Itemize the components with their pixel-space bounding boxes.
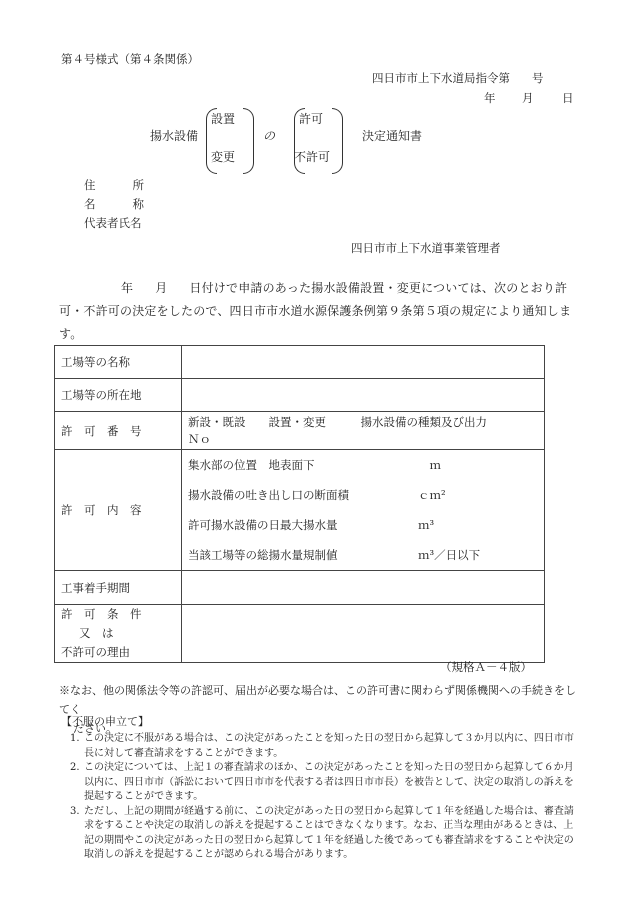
content-key: 許可揚水設備の日最大揚水量	[188, 517, 418, 533]
objection-item: 1.この決定に不服がある場合は、この決定があったことを知った日の翌日から起算して…	[70, 732, 580, 761]
address-label: 住所	[84, 177, 144, 193]
content-unit: ｃｍ²	[418, 487, 446, 503]
date-year: 年	[484, 90, 522, 106]
content-intake-depth: 集水部の位置 地表面下 ｍ	[188, 450, 538, 480]
body-text: 年月日付けで申請のあった揚水設備設置・変更については、次のとおり許可・不許可の決…	[59, 277, 577, 346]
item-text: ただし、上記の期間が経過する前に、この決定があった日の翌日から起算して１年を経過…	[84, 805, 580, 863]
table-row: 工場等の名称	[55, 346, 545, 379]
content-daily-max: 許可揚水設備の日最大揚水量ｍ³	[188, 510, 538, 540]
content-total-limit: 当該工場等の総揚水量規制値ｍ³／日以下	[188, 540, 538, 570]
title-suffix: 決定通知書	[362, 127, 422, 144]
name-label: 名称	[84, 196, 144, 212]
row-label-permit-content: 許 可 内 容	[55, 450, 182, 571]
content-unit: ｍ³／日以下	[418, 547, 480, 563]
conditions-label-2: 又 は	[61, 624, 175, 643]
permit-number-line-2: Ｎｏ	[188, 431, 538, 448]
permit-number-line-1: 新設・既設 設置・変更 揚水設備の種類及び出力	[188, 414, 538, 431]
content-key: 揚水設備の吐き出し口の断面積	[188, 487, 418, 503]
address-label-2: 所	[133, 177, 145, 193]
note: ※なお、他の関係法令等の許認可、届出が必要な場合は、この許可書に関わらず関係機関…	[59, 681, 579, 738]
table-row: 許 可 条 件 又 は 不許可の理由	[55, 605, 545, 663]
row-value-construction-period	[182, 571, 545, 605]
name-label-1: 名	[84, 196, 96, 212]
objection-item: 3.ただし、上記の期間が経過する前に、この決定があった日の翌日から起算して１年を…	[70, 805, 580, 863]
name-label-2: 称	[133, 196, 145, 212]
address-label-1: 住	[84, 177, 96, 193]
row-value-conditions	[182, 605, 545, 663]
note-line-1: ※なお、他の関係法令等の許認可、届出が必要な場合は、この許可書に関わらず関係機関…	[59, 684, 576, 716]
row-value-permit-content: 集水部の位置 地表面下 ｍ 揚水設備の吐き出し口の断面積ｃｍ² 許可揚水設備の日…	[182, 450, 545, 571]
table-row: 許 可 番 号 新設・既設 設置・変更 揚水設備の種類及び出力 Ｎｏ	[55, 412, 545, 450]
content-outlet-area: 揚水設備の吐き出し口の断面積ｃｍ²	[188, 480, 538, 510]
title-option-change: 変更	[211, 148, 235, 165]
item-text: この決定については、上記１の審査請求のほか、この決定があったことを知った日の翌日…	[84, 761, 580, 805]
date-month: 月	[522, 90, 562, 106]
title-option-deny: 不許可	[294, 148, 330, 165]
row-value-factory-name	[182, 346, 545, 379]
row-label-construction-period: 工事着手期間	[55, 571, 182, 605]
content-unit: ｍ³	[418, 517, 434, 533]
date-day: 日	[562, 90, 574, 106]
item-number: 3.	[70, 805, 84, 863]
table-row: 許 可 内 容 集水部の位置 地表面下 ｍ 揚水設備の吐き出し口の断面積ｃｍ² …	[55, 450, 545, 571]
row-label-permit-number: 許 可 番 号	[55, 412, 182, 450]
bracket-right-1	[243, 108, 254, 174]
permit-table: 工場等の名称 工場等の所在地 許 可 番 号 新設・既設 設置・変更 揚水設備の…	[54, 345, 545, 663]
item-number: 1.	[70, 732, 84, 761]
representative-label: 代表者氏名	[84, 215, 142, 231]
table-row: 工事着手期間	[55, 571, 545, 605]
bracket-right-2	[332, 108, 343, 174]
document-number-prefix: 四日市市上下水道局指令第	[372, 71, 510, 85]
content-key: 集水部の位置 地表面下	[188, 457, 418, 473]
issue-date: 年月日	[484, 90, 574, 106]
table-row: 工場等の所在地	[55, 379, 545, 412]
title-connector: の	[263, 127, 275, 144]
row-value-factory-location	[182, 379, 545, 412]
objection-title: 【不服の申立て】	[61, 713, 149, 729]
objection-item: 2.この決定については、上記１の審査請求のほか、この決定があったことを知った日の…	[70, 761, 580, 805]
document-number: 四日市市上下水道局指令第号	[372, 70, 544, 86]
title-option-permit: 許可	[299, 110, 323, 127]
conditions-label-1: 許 可 条 件	[61, 605, 175, 624]
content-key: 当該工場等の総揚水量規制値	[188, 547, 418, 563]
body-month: 月	[155, 281, 167, 295]
title-option-setup: 設置	[211, 110, 235, 127]
conditions-label-3: 不許可の理由	[61, 643, 175, 662]
title-prefix: 揚水設備	[150, 127, 198, 144]
item-number: 2.	[70, 761, 84, 805]
row-label-conditions: 許 可 条 件 又 は 不許可の理由	[55, 605, 182, 663]
item-text: この決定に不服がある場合は、この決定があったことを知った日の翌日から起算して３か…	[84, 732, 580, 761]
row-label-factory-name: 工場等の名称	[55, 346, 182, 379]
row-value-permit-number: 新設・既設 設置・変更 揚水設備の種類及び出力 Ｎｏ	[182, 412, 545, 450]
body-main: 日付けで申請のあった揚水設備設置・変更については、次のとおり許可・不許可の決定を…	[59, 281, 571, 341]
document-number-suffix: 号	[532, 71, 544, 85]
body-year: 年	[121, 281, 133, 295]
row-label-factory-location: 工場等の所在地	[55, 379, 182, 412]
paper-spec: （規格Ａ－４版）	[440, 659, 532, 675]
content-unit: ｍ	[418, 457, 441, 473]
form-number: 第４号様式（第４条関係）	[61, 51, 199, 67]
objection-list: 1.この決定に不服がある場合は、この決定があったことを知った日の翌日から起算して…	[70, 732, 580, 863]
issuer: 四日市市上下水道事業管理者	[351, 240, 501, 256]
